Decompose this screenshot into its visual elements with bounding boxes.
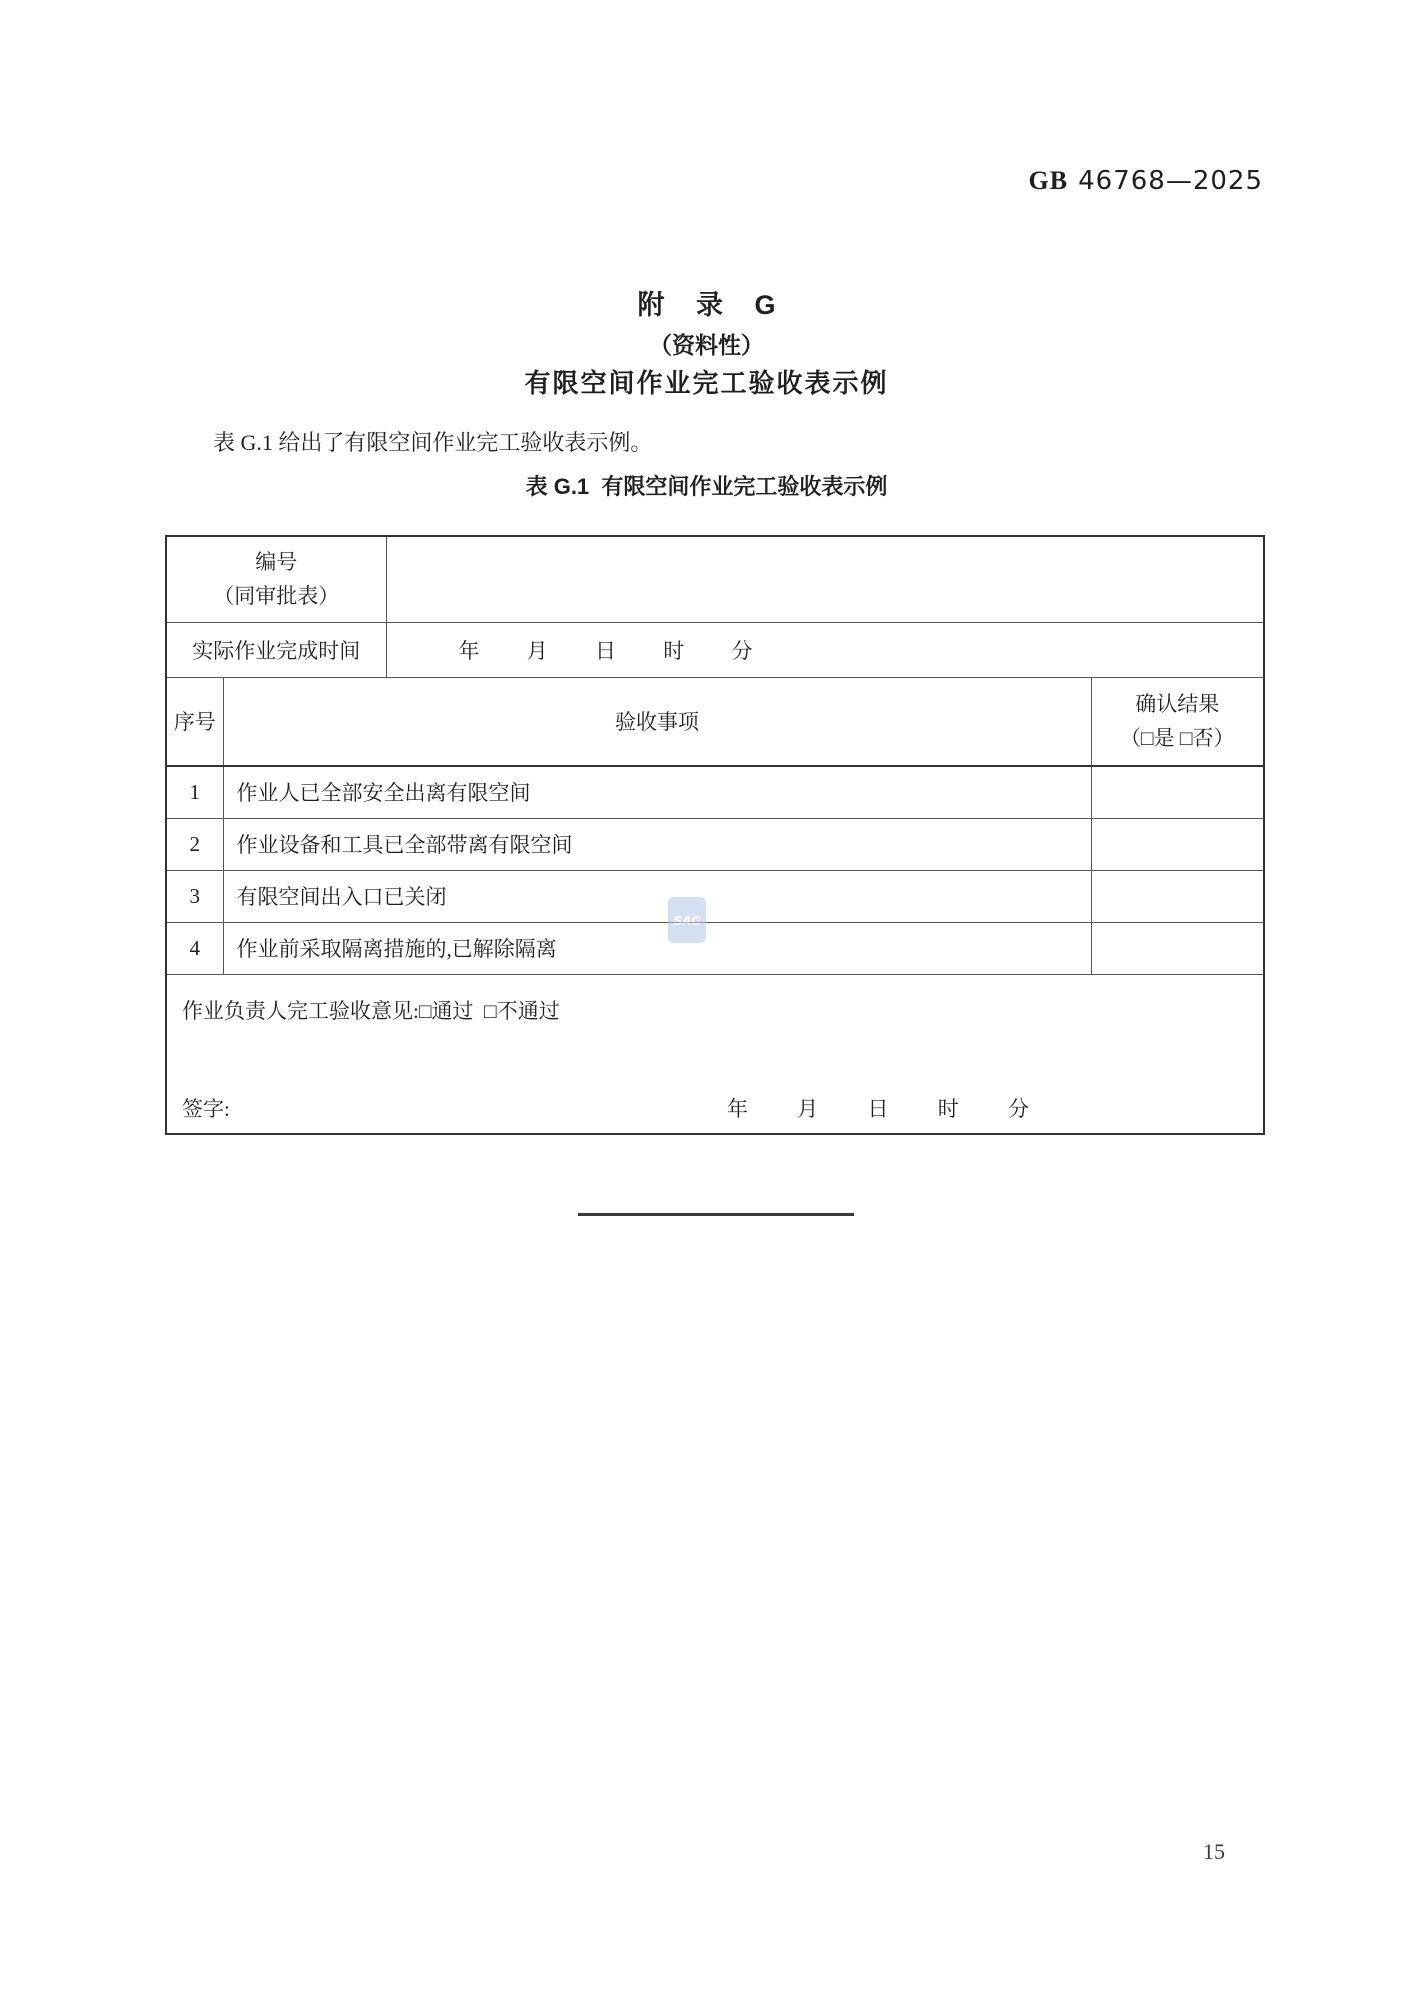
row-item-text: 有限空间出入口已关闭 (224, 881, 1091, 911)
table-row: 实际作业完成时间 年 月 日 时 分 (166, 622, 1264, 677)
standard-code-prefix: GB (1029, 166, 1069, 195)
appendix-title: 附 录 G (0, 288, 1413, 322)
row-result-cell (1091, 870, 1264, 922)
appendix-type-label: （资料性） (0, 328, 1413, 362)
row-item-cell: 作业前采取隔离措施的,已解除隔离 (223, 922, 1091, 974)
table-header-row: 序号 验收事项 确认结果 （□是 □否） (166, 677, 1264, 766)
appendix-heading: 有限空间作业完工验收表示例 (0, 366, 1413, 400)
document-page: GB46768—2025 附 录 G （资料性） 有限空间作业完工验收表示例 表… (0, 0, 1413, 2000)
table-row: 编号 （同审批表） (166, 536, 1264, 622)
serial-label-line1: 编号 (167, 545, 386, 579)
row-item-cell: 作业设备和工具已全部带离有限空间 (223, 818, 1091, 870)
row-item-text: 作业设备和工具已全部带离有限空间 (224, 829, 1091, 859)
signature-label: 签字: (182, 1093, 230, 1123)
row-item-text: 作业前采取隔离措施的,已解除隔离 (224, 933, 1091, 963)
column-header-item: 验收事项 (223, 677, 1091, 766)
sac-watermark-text: SAC (673, 913, 700, 928)
supervisor-opinion: 作业负责人完工验收意见:□通过 □不通过 (182, 995, 560, 1025)
intro-paragraph: 表 G.1 给出了有限空间作业完工验收表示例。 (165, 430, 1311, 456)
row-no: 3 (166, 870, 223, 922)
row-item-text: 作业人已全部安全出离有限空间 (224, 777, 1091, 807)
sac-watermark-icon: SAC (668, 897, 706, 943)
result-header-line2: （□是 □否） (1092, 721, 1264, 755)
document-end-line (578, 1213, 854, 1216)
table-caption: 表 G.1 有限空间作业完工验收表示例 (0, 474, 1413, 500)
column-header-result: 确认结果 （□是 □否） (1091, 677, 1264, 766)
standard-number: GB46768—2025 (1029, 166, 1263, 196)
serial-label-cell: 编号 （同审批表） (166, 536, 386, 622)
footer-cell: 作业负责人完工验收意见:□通过 □不通过 签字: 年 月 日 时 分 (166, 974, 1264, 1134)
row-result-cell (1091, 922, 1264, 974)
row-item-cell: 有限空间出入口已关闭 (223, 870, 1091, 922)
row-result-cell (1091, 818, 1264, 870)
serial-label-line2: （同审批表） (167, 579, 386, 613)
acceptance-form-table: 编号 （同审批表） 实际作业完成时间 年 月 日 时 分 序号 验收事项 确认结… (165, 535, 1265, 1135)
table-row: 1 作业人已全部安全出离有限空间 (166, 766, 1264, 818)
column-header-no: 序号 (166, 677, 223, 766)
table-footer-row: 作业负责人完工验收意见:□通过 □不通过 签字: 年 月 日 时 分 (166, 974, 1264, 1134)
serial-value-cell (386, 536, 1264, 622)
row-no: 2 (166, 818, 223, 870)
standard-code-number: 46768—2025 (1078, 166, 1263, 196)
table-row: 3 有限空间出入口已关闭 (166, 870, 1264, 922)
finish-time-value-cell: 年 月 日 时 分 (386, 622, 1264, 677)
footer-inner: 作业负责人完工验收意见:□通过 □不通过 签字: 年 月 日 时 分 (167, 975, 1263, 1133)
row-item-cell: 作业人已全部安全出离有限空间 (223, 766, 1091, 818)
table-row: 2 作业设备和工具已全部带离有限空间 (166, 818, 1264, 870)
table-row: 4 作业前采取隔离措施的,已解除隔离 (166, 922, 1264, 974)
finish-time-label-cell: 实际作业完成时间 (166, 622, 386, 677)
appendix-title-block: 附 录 G （资料性） 有限空间作业完工验收表示例 (0, 288, 1413, 400)
result-header-line1: 确认结果 (1092, 687, 1264, 721)
finish-time-date-blanks: 年 月 日 时 分 (387, 635, 1264, 665)
row-result-cell (1091, 766, 1264, 818)
signature-date-blanks: 年 月 日 时 分 (727, 1093, 1029, 1123)
row-no: 4 (166, 922, 223, 974)
page-number: 15 (1203, 1839, 1225, 1865)
row-no: 1 (166, 766, 223, 818)
